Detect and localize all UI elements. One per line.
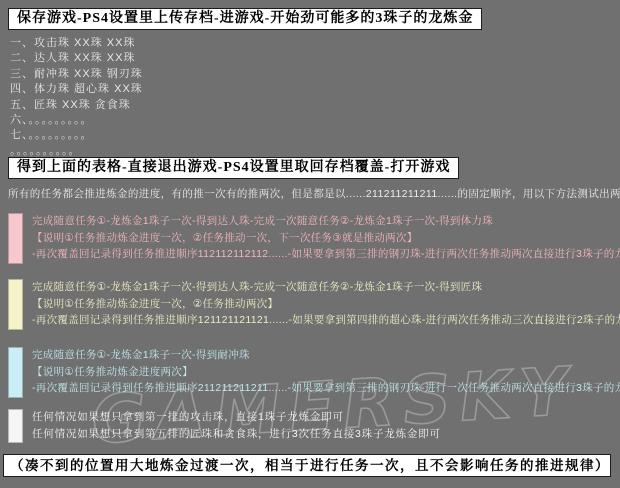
section-case-121: 完成随意任务①-龙炼金1珠子一次-得到达人珠-完成一次随意任务②-龙炼金1珠子一… (8, 279, 620, 330)
section-line: -再次覆盖回记录得到任务推进顺序211211211211......-如果要拿到… (32, 380, 620, 397)
section-color-bar (8, 347, 23, 398)
list-item: 七、。。。。。。。。。 (10, 128, 143, 143)
section-case-112: 完成随意任务①-龙炼金1珠子一次-得到达人珠-完成一次随意任务②-龙炼金1珠子一… (8, 213, 620, 264)
section-any-case: 任何情况如果想只拿到第一排的攻击珠，直接1珠子龙炼金即可 任何情况如果想只拿到第… (8, 409, 620, 443)
list-item: 一、攻击珠 XX珠 XX珠 (10, 36, 143, 51)
list-item: 二、达人珠 XX珠 XX珠 (10, 51, 143, 66)
section-line: 【说明①任务推动炼金进度两次】 (32, 364, 620, 381)
section-line: 完成随意任务①-龙炼金1珠子一次-得到达人珠-完成一次随意任务②-龙炼金1珠子一… (32, 279, 620, 296)
guide-page: GAMERSKY 保存游戏-PS4设置里上传存档-进游戏-开始劲可能多的3珠子的… (0, 0, 620, 488)
bead-result-list: 一、攻击珠 XX珠 XX珠 二、达人珠 XX珠 XX珠 三、耐冲珠 XX珠 钢刃… (10, 36, 143, 159)
list-item: 三、耐冲珠 XX珠 钢刃珠 (10, 67, 143, 82)
section-line: -再次覆盖回记录得到任务推进顺序112112112112......-如果要拿到… (32, 246, 620, 263)
section-line: 【说明①任务推动炼金进度一次，②任务推动两次】 (32, 296, 620, 313)
list-item: 六、。。。。。。。。。 (10, 113, 143, 128)
section-line: -再次覆盖回记录得到任务推进顺序121121121121......-如果要拿到… (32, 312, 620, 329)
section-line: 【说明①任务推动炼金进度一次，②任务推动一次，下一次任务③就是推动两次】 (32, 230, 620, 247)
section-case-211: 完成随意任务①-龙炼金1珠子一次-得到耐冲珠 【说明①任务推动炼金进度两次】 -… (8, 347, 620, 398)
list-item: 五、匠珠 XX珠 贪食珠 (10, 98, 143, 113)
section-color-bar (8, 409, 23, 443)
step-title-restore-save: 得到上面的表格-直接退出游戏-PS4设置里取回存档覆盖-打开游戏 (8, 157, 459, 179)
step-title-save-game: 保存游戏-PS4设置里上传存档-进游戏-开始劲可能多的3珠子的龙炼金 (8, 8, 482, 30)
section-line: 完成随意任务①-龙炼金1珠子一次-得到耐冲珠 (32, 347, 620, 364)
footer-note: （凑不到的位置用大地炼金过渡一次，相当于进行任务一次，且不会影响任务的推进规律） (3, 454, 611, 477)
intro-paragraph: 所有的任务都会推进炼金的进度，有的推一次有的推两次，但是都是以......211… (8, 187, 620, 202)
section-line: 任何情况如果想只拿到第五排的匠珠和贪食珠，进行3次任务直接3珠子龙炼金即可 (32, 426, 620, 443)
section-color-bar (8, 213, 23, 264)
section-line: 完成随意任务①-龙炼金1珠子一次-得到达人珠-完成一次随意任务②-龙炼金1珠子一… (32, 213, 620, 230)
list-item: 四、体力珠 超心珠 XX珠 (10, 82, 143, 97)
section-line: 任何情况如果想只拿到第一排的攻击珠，直接1珠子龙炼金即可 (32, 409, 620, 426)
section-color-bar (8, 279, 23, 330)
